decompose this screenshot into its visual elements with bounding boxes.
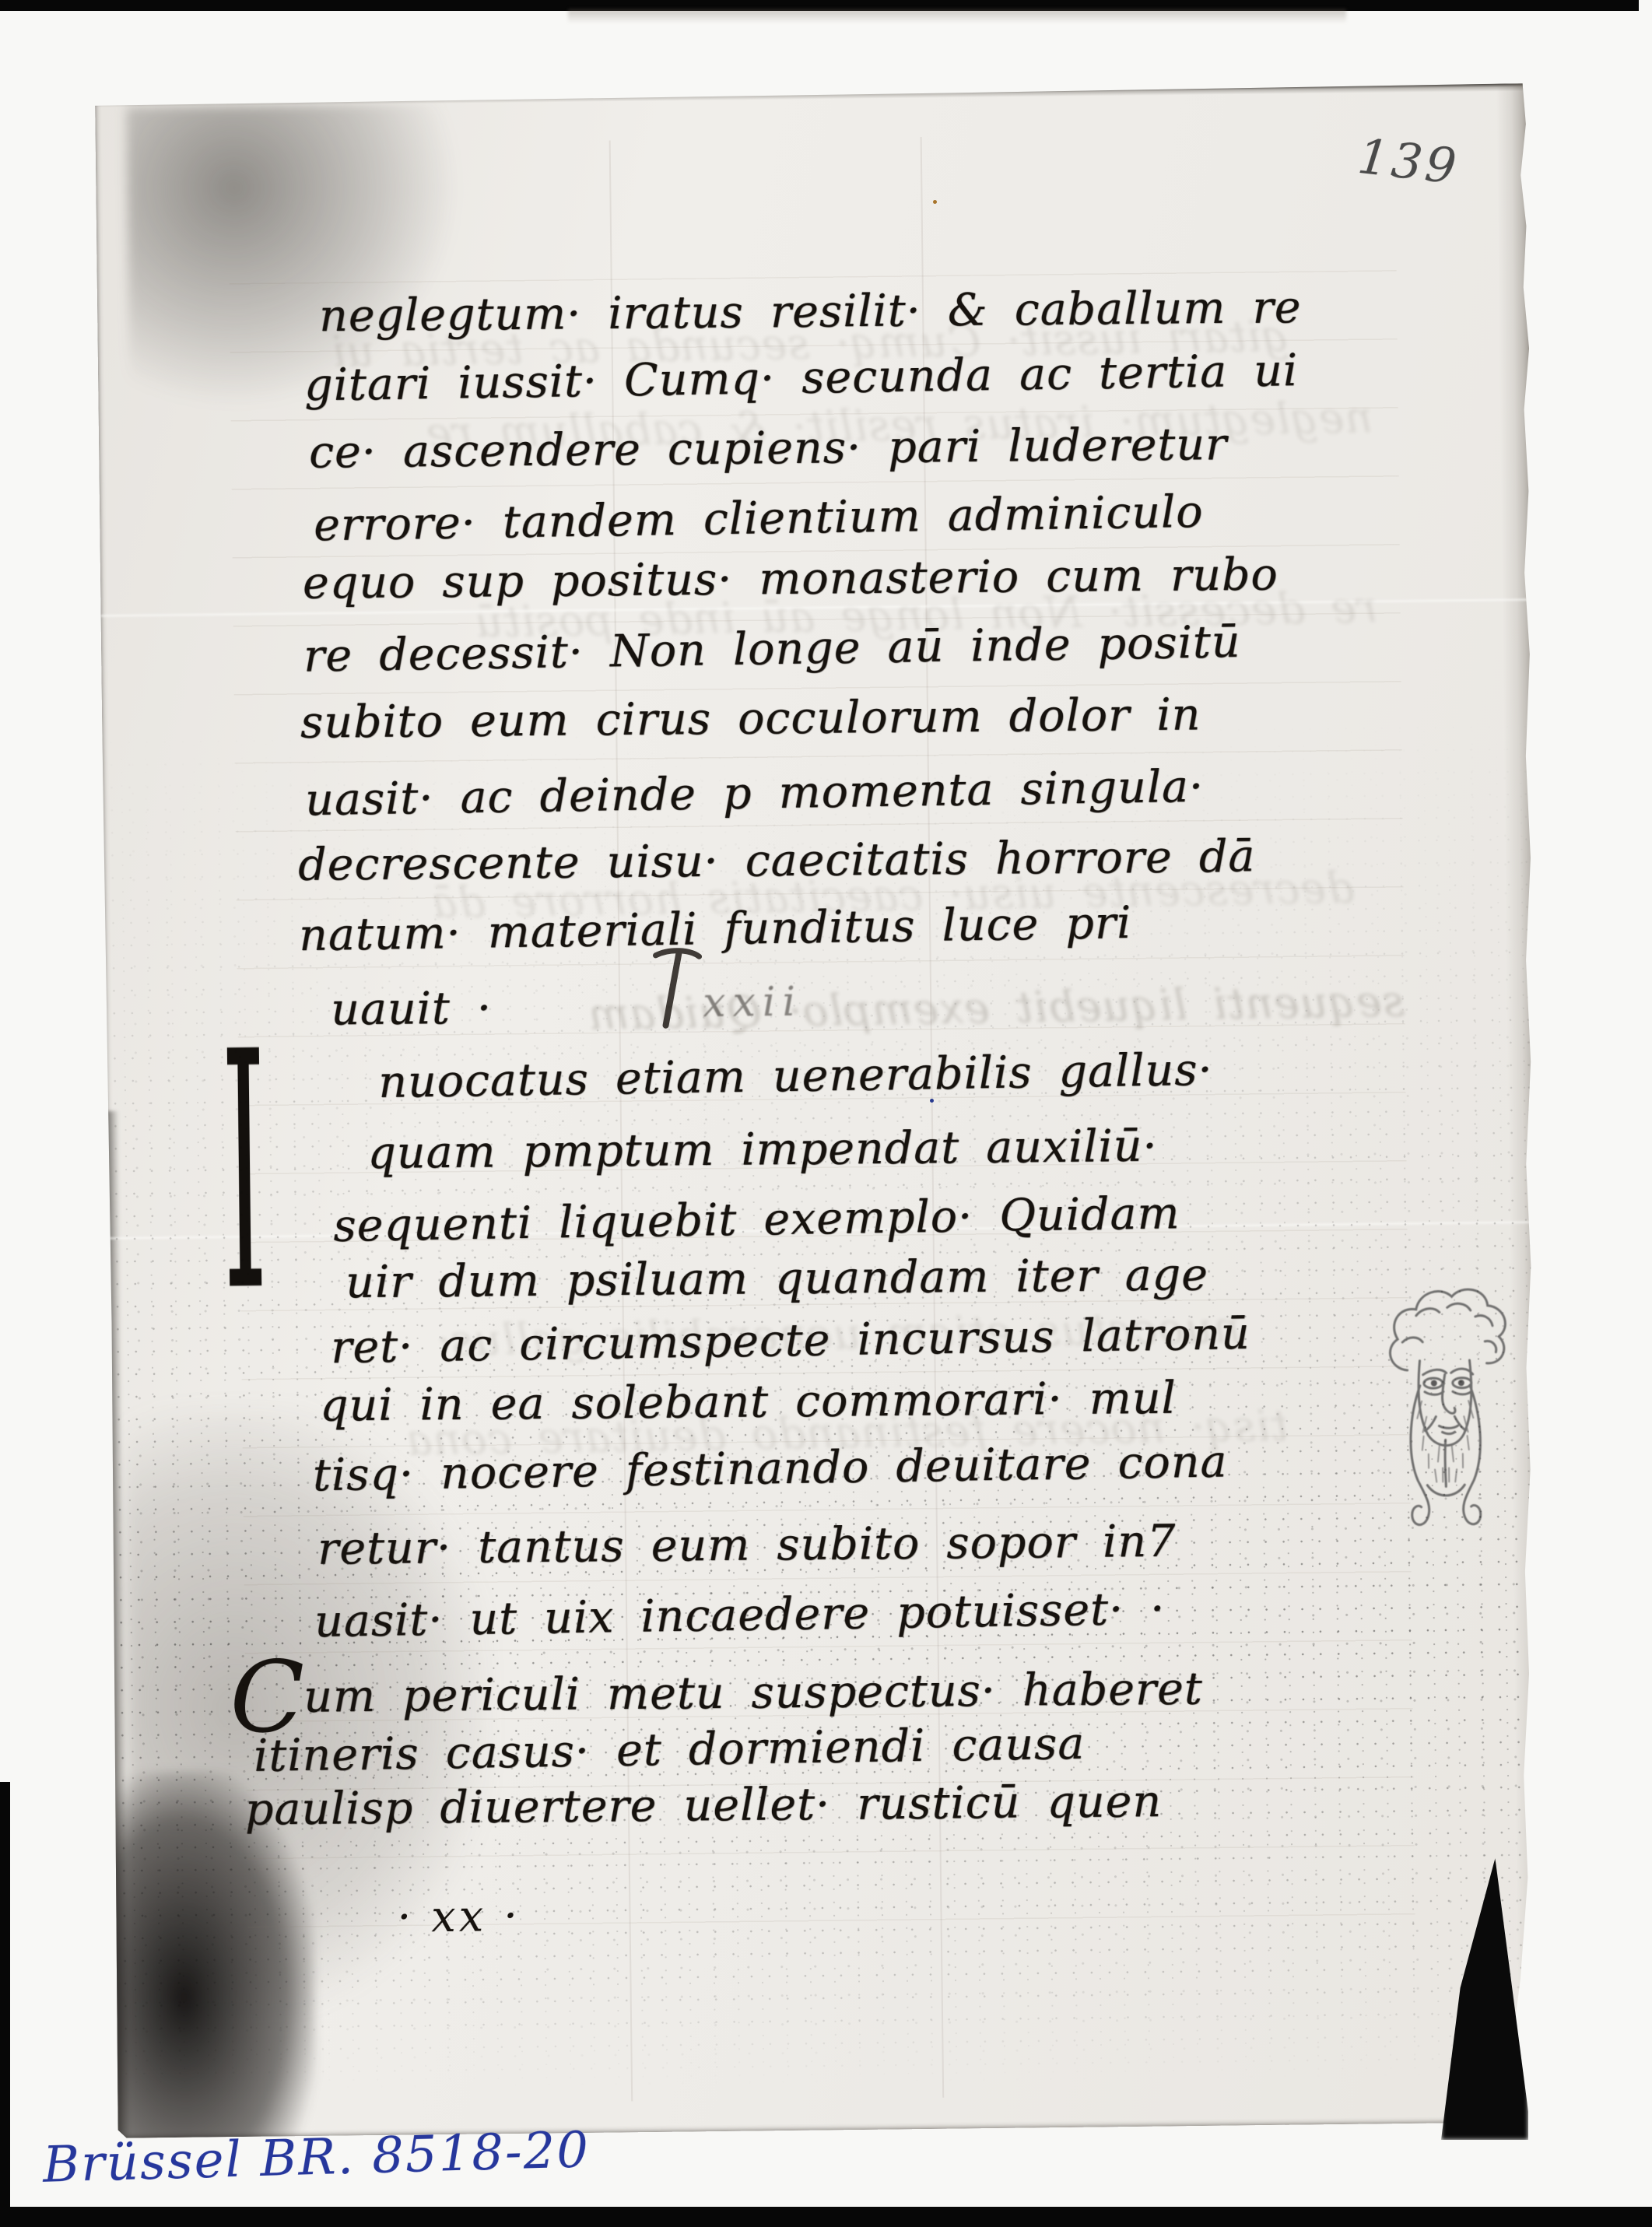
photo-top-shadow <box>568 9 1346 23</box>
photograph-of-manuscript: { "photo": { "page_number": "139", "arch… <box>0 0 1652 2227</box>
scan-backing-bottom <box>0 2207 1652 2227</box>
scan-backing-left <box>0 1782 10 2218</box>
manuscript-page: 139 gitari iussit· Cumq· secunda ac tert… <box>95 83 1552 2138</box>
blue-fleck <box>930 1099 934 1103</box>
foxing-speckles <box>95 83 1552 2138</box>
orange-fleck <box>933 200 937 204</box>
